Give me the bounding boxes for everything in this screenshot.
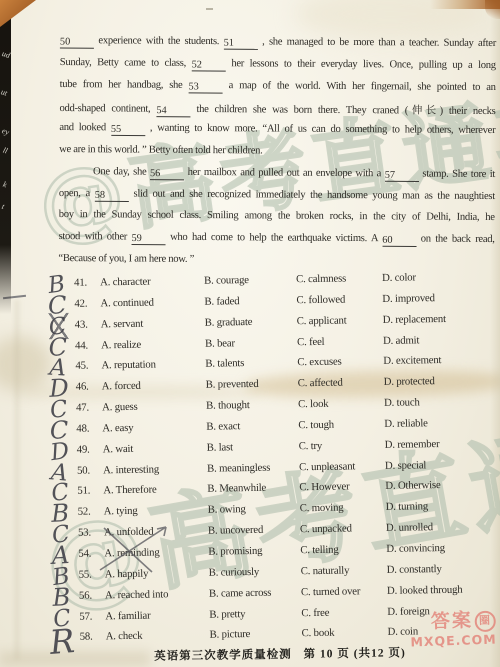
answer-logo-text: 答案 [430, 609, 473, 632]
scribble-arrow [0, 0, 500, 667]
scanned-exam-page: ud ut ey ll k t @高考直通车 @高考直通车 50 experie… [0, 0, 500, 667]
answer-site-watermark: 答案圈 MXQE.COM [409, 610, 496, 649]
answer-site-url: MXQE.COM [410, 632, 497, 649]
answer-logo-circle-icon: 圈 [474, 610, 496, 632]
adjacent-page-edge [0, 0, 11, 314]
